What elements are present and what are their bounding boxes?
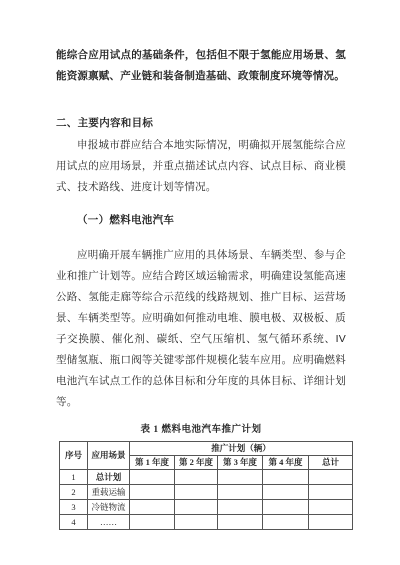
table-cell-value (263, 500, 309, 515)
table-cell-value (130, 500, 175, 515)
table-cell-value (175, 470, 218, 485)
table-cell-value (309, 515, 353, 530)
table-cell-index: 1 (60, 470, 88, 485)
table-row: 1 总计划 (60, 470, 353, 485)
table-cell-index: 2 (60, 485, 88, 500)
section-2-heading: 二、主要内容和目标 (56, 113, 346, 134)
table-cell-value (130, 485, 175, 500)
table-cell-value (218, 470, 263, 485)
table-header-year-3: 第 3 年度 (218, 456, 263, 470)
table-cell-value (175, 500, 218, 515)
table-header-row-1: 序号 应用场景 推广计划（辆） (60, 442, 353, 456)
table-header-year-2: 第 2 年度 (175, 456, 218, 470)
table-header-total: 总计 (309, 456, 353, 470)
table-row: 2 重载运输 (60, 485, 353, 500)
table-cell-value (263, 485, 309, 500)
table-cell-scene: …… (88, 515, 130, 530)
table-header-year-1: 第 1 年度 (130, 456, 175, 470)
table-1-title: 表 1 燃料电池汽车推广计划 (56, 422, 346, 438)
table-cell-value (263, 470, 309, 485)
section-2-paragraph: 申报城市群应结合本地实际情况，明确拟开展氢能综合应用试点的应用场景，并重点描述试… (56, 135, 346, 198)
table-cell-value (309, 485, 353, 500)
document-page: 能综合应用试点的基础条件，包括但不限于氢能应用场景、氢能资源禀赋、产业链和装备制… (0, 0, 400, 565)
table-cell-value (130, 515, 175, 530)
table-cell-scene: 冷链物流 (88, 500, 130, 515)
table-cell-scene: 总计划 (88, 470, 130, 485)
table-row: 4 …… (60, 515, 353, 530)
table-cell-value (218, 500, 263, 515)
table-cell-value (218, 485, 263, 500)
fuel-cell-promotion-table: 序号 应用场景 推广计划（辆） 第 1 年度 第 2 年度 第 3 年度 第 4… (59, 441, 353, 530)
table-cell-value (309, 470, 353, 485)
table-header-index: 序号 (60, 442, 88, 470)
subsection-1-paragraph: 应明确开展车辆推广应用的具体场景、车辆类型、参与企业和推广计划等。应结合跨区域运… (56, 245, 346, 413)
table-cell-value (175, 515, 218, 530)
table-cell-value (309, 500, 353, 515)
table-row: 3 冷链物流 (60, 500, 353, 515)
table-cell-index: 3 (60, 500, 88, 515)
table-cell-scene: 重载运输 (88, 485, 130, 500)
table-cell-value (263, 515, 309, 530)
table-cell-value (130, 470, 175, 485)
subsection-1-heading: （一）燃料电池汽车 (56, 210, 346, 231)
table-cell-value (175, 485, 218, 500)
table-header-scene: 应用场景 (88, 442, 130, 470)
table-cell-index: 4 (60, 515, 88, 530)
table-header-group: 推广计划（辆） (130, 442, 353, 456)
table-header-year-4: 第 4 年度 (263, 456, 309, 470)
table-cell-value (218, 515, 263, 530)
intro-continuation-paragraph: 能综合应用试点的基础条件，包括但不限于氢能应用场景、氢能资源禀赋、产业链和装备制… (56, 45, 346, 87)
